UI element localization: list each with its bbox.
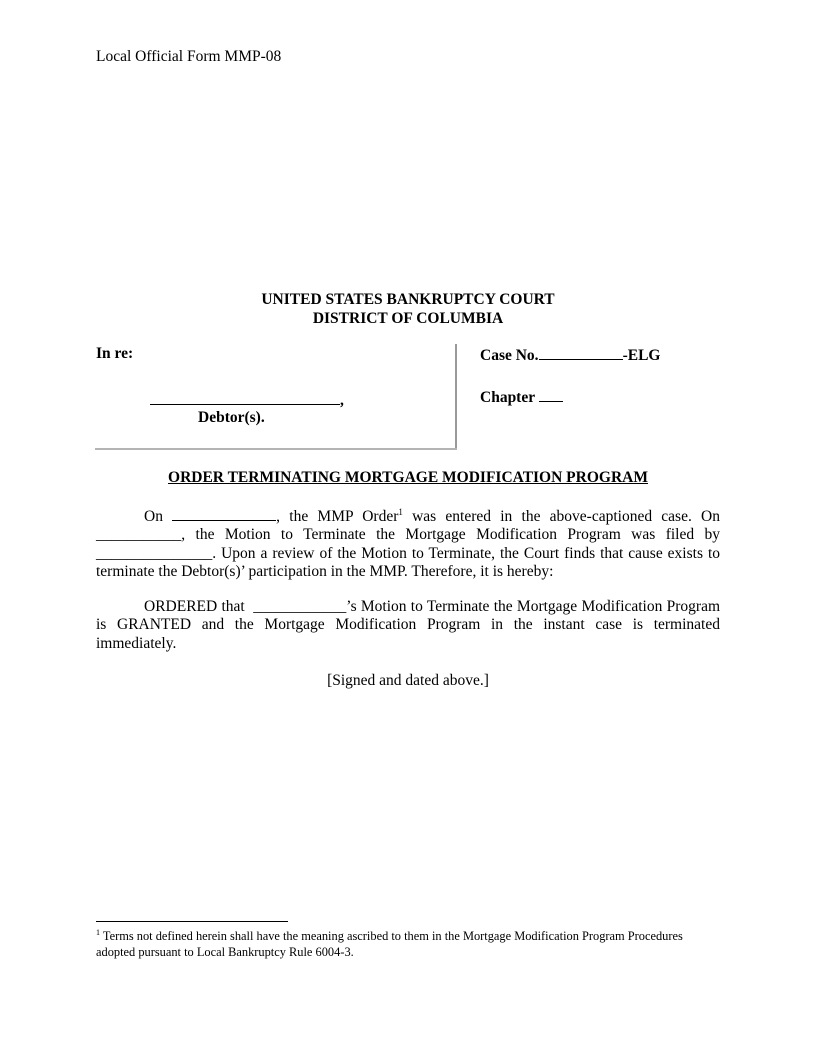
paragraph-mmp-order: On , the MMP Order1 was entered in the a…	[96, 506, 720, 582]
caption-divider-horizontal	[95, 448, 457, 450]
filed-by-blank[interactable]: _______________	[96, 545, 212, 562]
date-entered-blank[interactable]	[172, 506, 276, 521]
text-b: was entered in the above-captioned case.…	[403, 508, 720, 525]
ordered-text: ORDERED that	[144, 598, 249, 615]
court-header: UNITED STATES BANKRUPTCY COURT DISTRICT …	[0, 290, 816, 328]
case-no-suffix: -ELG	[623, 347, 661, 364]
case-no-label: Case No.	[480, 347, 539, 364]
in-re-label: In re:	[96, 345, 133, 363]
footnote: 1 Terms not defined herein shall have th…	[96, 929, 722, 960]
case-no-blank[interactable]	[539, 345, 623, 360]
caption-divider-vertical	[455, 344, 457, 450]
chapter: Chapter	[480, 387, 563, 407]
movant-blank[interactable]: ____________	[253, 598, 346, 615]
case-number: Case No.-ELG	[480, 345, 660, 365]
chapter-blank[interactable]	[539, 387, 563, 402]
signed-note: [Signed and dated above.]	[0, 672, 816, 690]
court-name: UNITED STATES BANKRUPTCY COURT	[0, 290, 816, 309]
debtor-name-line: ,	[150, 390, 344, 410]
debtor-label: Debtor(s).	[198, 409, 265, 427]
text-a: , the MMP Order	[276, 508, 398, 525]
date-filed-blank[interactable]: ___________	[96, 526, 181, 543]
debtor-name-blank[interactable]	[150, 390, 340, 405]
chapter-label: Chapter	[480, 389, 535, 406]
debtor-comma: ,	[340, 392, 344, 409]
paragraph-ordered: ORDERED that ____________’s Motion to Te…	[96, 598, 720, 653]
court-district: DISTRICT OF COLUMBIA	[0, 309, 816, 328]
form-label: Local Official Form MMP-08	[96, 48, 281, 66]
on-word: On	[144, 508, 163, 525]
footnote-text: Terms not defined herein shall have the …	[96, 929, 683, 959]
text-c: , the Motion to Terminate the Mortgage M…	[181, 526, 720, 543]
order-title: ORDER TERMINATING MORTGAGE MODIFICATION …	[0, 469, 816, 487]
footnote-separator	[96, 921, 288, 922]
